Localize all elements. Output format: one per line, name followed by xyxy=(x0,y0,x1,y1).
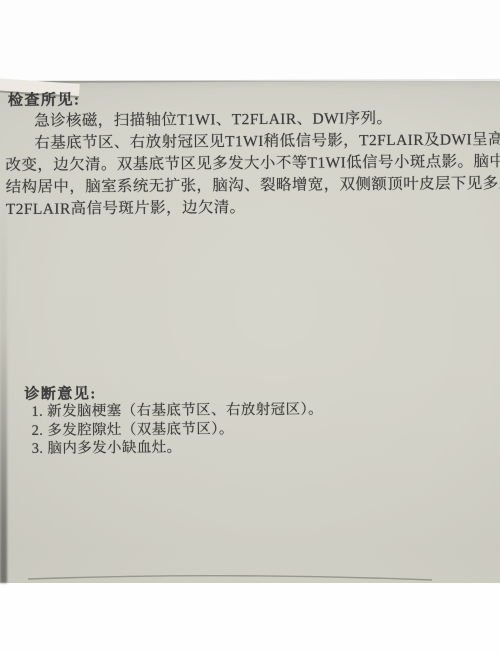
report-paper: 检查所见: 急诊核磁，扫描轴位T1WI、T2FLAIR、DWI序列。 右基底节区… xyxy=(0,81,500,583)
diagnosis-heading: 诊断意见: xyxy=(24,382,97,404)
paper-bottom-edge-curve xyxy=(0,571,500,585)
diagnosis-item: 3. 脑内多发小缺血灶。 xyxy=(32,436,492,458)
photo-background-bottom xyxy=(0,583,500,653)
findings-paragraphs: 急诊核磁，扫描轴位T1WI、T2FLAIR、DWI序列。 右基底节区、右放射冠区… xyxy=(5,107,500,221)
findings-line: 结构居中，脑室系统无扩张，脑沟、裂略增宽，双侧额顶叶皮层下见多发 xyxy=(6,173,500,199)
diagnosis-items: 1. 新发脑梗塞（右基底节区、右放射冠区）。 2. 多发腔隙灶（双基底节区）。 … xyxy=(31,399,491,458)
findings-line: T2FLAIR高信号斑片影，边欠清。 xyxy=(6,195,500,221)
report-photo: 检查所见: 急诊核磁，扫描轴位T1WI、T2FLAIR、DWI序列。 右基底节区… xyxy=(0,0,500,653)
findings-heading: 检查所见: xyxy=(8,88,81,110)
paper-left-edge-shadow xyxy=(0,201,7,583)
photo-background-top xyxy=(0,0,500,81)
